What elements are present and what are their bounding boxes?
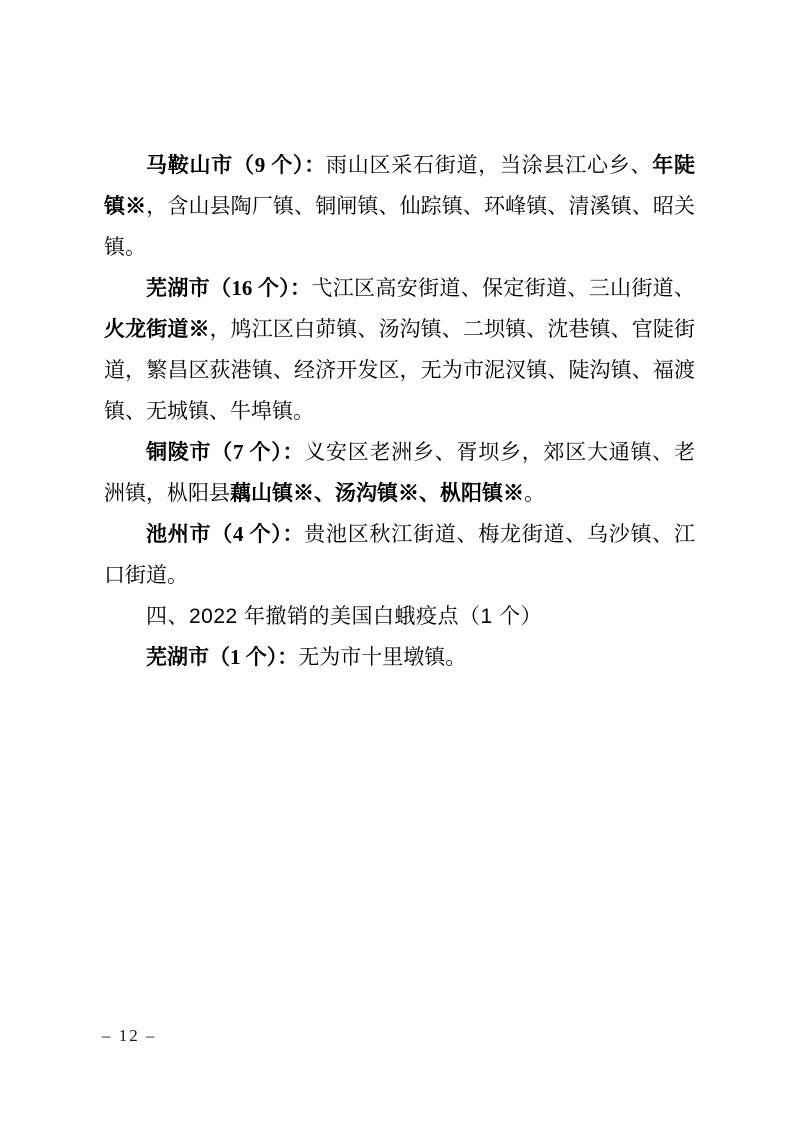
text-line: 四、2022 年撤销的美国白蛾疫点（1 个） [104,596,695,637]
bold-text-run: 藕山镇※、汤沟镇※、枞阳镇※ [230,481,524,505]
text-run: 四、2022 年撤销的美国白蛾疫点（1 个） [146,605,542,628]
page-number: – 12 – [102,1026,157,1046]
document-body: 马鞍山市（9 个）：雨山区采石街道，当涂县江心乡、年陡镇※，含山县陶厂镇、铜闸镇… [104,145,695,678]
bold-text-run: 火龙街道※ [104,317,210,341]
text-line: 火龙街道※，鸠江区白茆镇、汤沟镇、二坝镇、沈巷镇、官陡街 [104,309,695,350]
text-run: 道，繁昌区荻港镇、经济开发区，无为市泥汊镇、陡沟镇、福渡 [104,358,695,382]
paragraph-wuhu-removed-list: 芜湖市（1 个）：无为市十里墩镇。 [104,637,695,678]
text-line: 芜湖市（1 个）：无为市十里墩镇。 [104,637,695,678]
text-line: 洲镇，枞阳县藕山镇※、汤沟镇※、枞阳镇※。 [104,473,695,514]
bold-text-run: 年陡 [652,153,695,177]
text-run: ，含山县陶厂镇、铜闸镇、仙踪镇、环峰镇、清溪镇、昭关 [146,194,695,218]
text-run: 。 [524,481,545,505]
bold-text-run: 铜陵市（7 个）： [146,440,304,464]
paragraph-maanshan-list: 马鞍山市（9 个）：雨山区采石街道，当涂县江心乡、年陡镇※，含山县陶厂镇、铜闸镇… [104,145,695,268]
paragraph-section-4-heading: 四、2022 年撤销的美国白蛾疫点（1 个） [104,596,695,637]
text-run: 洲镇，枞阳县 [104,481,230,505]
text-run: 弋江区高安街道、保定街道、三山街道、 [311,276,695,300]
bold-text-run: 芜湖市（16 个）： [146,276,311,300]
text-line: 镇※，含山县陶厂镇、铜闸镇、仙踪镇、环峰镇、清溪镇、昭关 [104,186,695,227]
bold-text-run: 镇※ [104,194,146,218]
bold-text-run: 池州市（4 个）： [146,522,304,546]
text-run: 义安区老洲乡、胥坝乡，郊区大通镇、老 [304,440,695,464]
text-run: 镇。 [104,235,146,259]
text-run: 雨山区采石街道，当涂县江心乡、 [326,153,652,177]
text-run: 口街道。 [104,563,188,587]
paragraph-wuhu-list: 芜湖市（16 个）：弋江区高安街道、保定街道、三山街道、火龙街道※，鸠江区白茆镇… [104,268,695,432]
text-run: 镇、无城镇、牛埠镇。 [104,399,314,423]
text-run: 贵池区秋江街道、梅龙街道、乌沙镇、江 [304,522,695,546]
text-line: 口街道。 [104,555,695,596]
text-run: ，鸠江区白茆镇、汤沟镇、二坝镇、沈巷镇、官陡街 [210,317,695,341]
paragraph-tongling-list: 铜陵市（7 个）：义安区老洲乡、胥坝乡，郊区大通镇、老洲镇，枞阳县藕山镇※、汤沟… [104,432,695,514]
text-line: 镇。 [104,227,695,268]
text-line: 铜陵市（7 个）：义安区老洲乡、胥坝乡，郊区大通镇、老 [104,432,695,473]
text-line: 镇、无城镇、牛埠镇。 [104,391,695,432]
text-line: 芜湖市（16 个）：弋江区高安街道、保定街道、三山街道、 [104,268,695,309]
document-page: 马鞍山市（9 个）：雨山区采石街道，当涂县江心乡、年陡镇※，含山县陶厂镇、铜闸镇… [0,0,793,1122]
paragraph-chizhou-list: 池州市（4 个）：贵池区秋江街道、梅龙街道、乌沙镇、江口街道。 [104,514,695,596]
bold-text-run: 芜湖市（1 个）： [146,645,298,669]
text-run: 无为市十里墩镇。 [298,645,466,669]
text-line: 池州市（4 个）：贵池区秋江街道、梅龙街道、乌沙镇、江 [104,514,695,555]
bold-text-run: 马鞍山市（9 个）： [146,153,326,177]
text-line: 马鞍山市（9 个）：雨山区采石街道，当涂县江心乡、年陡 [104,145,695,186]
text-line: 道，繁昌区荻港镇、经济开发区，无为市泥汊镇、陡沟镇、福渡 [104,350,695,391]
